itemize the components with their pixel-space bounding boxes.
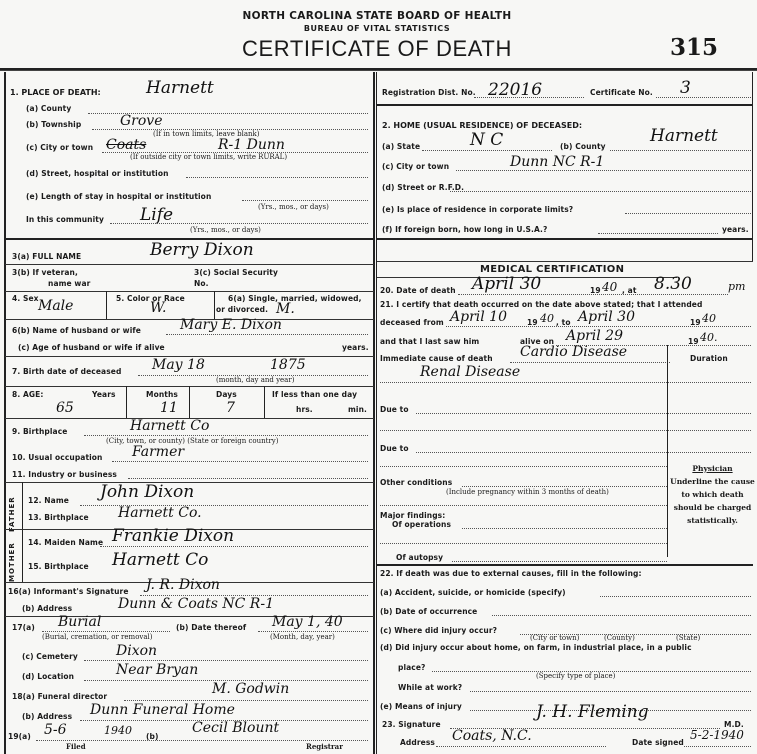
community-note: (Yrs., mos., or days) — [190, 226, 261, 234]
industry-field[interactable] — [128, 478, 368, 479]
stay-note: (Yrs., mos., or days) — [258, 203, 329, 211]
occupation-label: 10. Usual occupation — [12, 453, 103, 462]
last-saw-date: April 29 — [566, 328, 623, 344]
age-months-value: 11 — [160, 400, 178, 416]
death-street-field[interactable] — [186, 177, 368, 178]
community-value: Life — [140, 205, 173, 225]
certificate-number-field[interactable] — [656, 97, 751, 98]
injury-county-note: (County) — [604, 634, 635, 642]
location-value: Near Bryan — [116, 662, 198, 678]
residence-city-value: Dunn NC R-1 — [510, 154, 604, 170]
row-divider — [5, 291, 374, 292]
ssn-label: 3(c) Social Security — [194, 268, 278, 277]
informant-signature-value: J. R. Dixon — [146, 577, 220, 593]
header-divider — [0, 68, 757, 71]
residence-city-label: (c) City or town — [382, 162, 449, 171]
duration-column-divider — [667, 345, 668, 557]
physician-note-text: Underline the cause to which death shoul… — [670, 475, 755, 527]
ssn-label-2: No. — [194, 279, 209, 288]
filed-year: 1940 — [104, 724, 132, 737]
cell-divider — [214, 291, 215, 319]
death-date-label: 20. Date of death — [380, 286, 456, 295]
death-city-label: (c) City or town — [26, 143, 93, 152]
industry-label: 11. Industry or business — [12, 470, 117, 479]
informant-signature-label: 16(a) Informant's Signature — [8, 587, 129, 596]
death-date-value: April 30 — [472, 274, 541, 294]
spouse-age-suffix: years. — [342, 343, 369, 352]
mother-birthplace-value: Harnett Co — [112, 550, 208, 570]
autopsy-field[interactable] — [452, 561, 667, 562]
father-name-label: 12. Name — [28, 496, 69, 505]
father-name-value: John Dixon — [100, 482, 194, 502]
attended-from-label: deceased from — [380, 318, 444, 327]
registrar-note: Registrar — [306, 742, 343, 751]
cemetery-field[interactable] — [84, 660, 368, 661]
immediate-cause-value: Cardio Disease — [520, 344, 627, 360]
registration-divider — [377, 104, 753, 106]
burial-method-field[interactable] — [42, 631, 170, 632]
while-at-work-field[interactable] — [470, 691, 751, 692]
autopsy-label: Of autopsy — [396, 553, 443, 562]
minutes-label: min. — [348, 405, 367, 414]
due-to-field-2[interactable] — [416, 452, 751, 453]
full-name-value: Berry Dixon — [150, 240, 254, 260]
date-signed-value: 5-2-1940 — [690, 728, 744, 742]
death-time-ampm: pm — [728, 280, 745, 293]
community-field[interactable] — [110, 223, 368, 224]
medical-top-rule — [377, 261, 753, 262]
injury-location-label: (c) Where did injury occur? — [380, 626, 497, 635]
informant-address-value: Dunn & Coats NC R-1 — [118, 596, 274, 612]
death-certificate: NORTH CAROLINA STATE BOARD OF HEALTH BUR… — [0, 0, 757, 754]
attended-to-value: April 30 — [578, 309, 635, 325]
foreign-born-label: (f) If foreign born, how long in U.S.A.? — [382, 225, 547, 234]
death-street-label: (d) Street, hospital or institution — [26, 169, 169, 178]
hours-label: hrs. — [296, 405, 313, 414]
due-to-field-1[interactable] — [416, 413, 751, 414]
death-township-value: Grove — [120, 113, 163, 129]
mother-birthplace-label: 15. Birthplace — [28, 562, 89, 571]
due-to-line-2b[interactable] — [380, 466, 667, 467]
cell-divider — [264, 386, 265, 418]
residence-state-field[interactable] — [422, 150, 552, 151]
birth-date-value: May 18 — [152, 357, 205, 373]
sex-value: Male — [38, 298, 73, 314]
marital-value: M. — [276, 301, 295, 317]
full-name-label: 3(a) FULL NAME — [12, 252, 81, 261]
father-birthplace-value: Harnett Co. — [118, 505, 202, 521]
cemetery-value: Dixon — [116, 643, 157, 659]
registration-district-label: Registration Dist. No. — [382, 88, 476, 97]
race-value: W. — [150, 300, 166, 316]
due-to-line-1b[interactable] — [380, 430, 751, 431]
registrar-value: Cecil Blount — [192, 720, 279, 736]
less-than-day-label: If less than one day — [272, 390, 357, 399]
residence-county-label: (b) County — [560, 142, 606, 151]
means-of-injury-label: (e) Means of injury — [380, 702, 462, 711]
informant-address-label: (b) Address — [22, 604, 72, 613]
major-findings-label: Major findings: — [380, 511, 445, 520]
injury-place-label-2: place? — [398, 663, 425, 672]
immediate-cause-field[interactable] — [510, 362, 670, 363]
filed-note: Filed — [66, 742, 86, 751]
death-county-label: (a) County — [26, 104, 71, 113]
birth-year-value: 1875 — [270, 357, 306, 373]
burial-date-field[interactable] — [258, 631, 368, 632]
certificate-number-label: Certificate No. — [590, 88, 653, 97]
veteran-label-2: name war — [48, 279, 90, 288]
residence-city-field[interactable] — [456, 170, 751, 171]
community-label: In this community — [26, 215, 104, 224]
physician-note: Physician Underline the cause to which d… — [670, 462, 755, 527]
burial-method-label: 17(a) — [12, 623, 35, 632]
corporate-limits-label: (e) Is place of residence in corporate l… — [382, 205, 573, 214]
birth-date-note: (month, day and year) — [216, 376, 294, 384]
board-heading: NORTH CAROLINA STATE BOARD OF HEALTH — [212, 10, 542, 22]
physician-address-label: Address — [400, 738, 435, 747]
center-divider-inner — [376, 72, 377, 754]
date-signed-field[interactable] — [684, 746, 751, 747]
duration-label: Duration — [690, 354, 728, 363]
occurrence-date-label: (b) Date of occurrence — [380, 607, 477, 616]
operations-label: Of operations — [392, 520, 451, 529]
burial-date-note: (Month, day, year) — [270, 633, 335, 641]
residence-county-value: Harnett — [650, 126, 718, 146]
birthplace-value: Harnett Co — [130, 418, 209, 434]
immediate-cause-value-2: Renal Disease — [420, 364, 520, 380]
injury-place-note: (Specify type of place) — [536, 672, 615, 680]
residence-heading: 2. HOME (USUAL RESIDENCE) OF DECEASED: — [382, 121, 582, 130]
age-years-value: 65 — [56, 400, 74, 416]
occurrence-date-field[interactable] — [492, 615, 751, 616]
attended-field[interactable] — [446, 326, 751, 327]
city-note: (If outside city or town limits, write R… — [130, 153, 287, 161]
certificate-number-value: 3 — [680, 78, 691, 98]
birth-date-label: 7. Birth date of deceased — [12, 367, 121, 376]
filed-value: 5-6 — [44, 722, 67, 738]
death-time-value: 8.30 — [654, 274, 692, 294]
age-label: 8. AGE: — [12, 390, 43, 399]
death-date-field[interactable] — [458, 294, 728, 295]
while-at-work-label: While at work? — [398, 683, 462, 692]
mother-maiden-value: Frankie Dixon — [112, 526, 234, 546]
age-years-label: Years — [92, 390, 116, 399]
death-city-value: R-1 Dunn — [218, 137, 285, 153]
registration-district-field[interactable] — [474, 97, 584, 98]
mother-tag: MOTHER — [8, 536, 16, 582]
operations-field[interactable] — [462, 528, 667, 529]
row-divider — [5, 264, 374, 265]
burial-method-value: Burial — [58, 614, 101, 630]
funeral-director-value: M. Godwin — [212, 681, 289, 697]
last-saw-label: and that I last saw him — [380, 337, 479, 346]
due-to-label-2: Due to — [380, 444, 409, 453]
cell-divider — [106, 291, 107, 319]
spouse-value: Mary E. Dixon — [180, 317, 282, 333]
residence-street-field[interactable] — [450, 191, 751, 192]
injury-state-note: (State) — [676, 634, 700, 642]
residence-state-value: N C — [470, 130, 503, 150]
foreign-born-field[interactable] — [598, 233, 718, 234]
birthplace-label: 9. Birthplace — [12, 427, 67, 436]
injury-city-note: (City or town) — [530, 634, 579, 642]
cell-divider — [126, 386, 127, 418]
page-title: CERTIFICATE OF DEATH — [212, 36, 542, 62]
marital-label-2: or divorced. — [216, 305, 268, 314]
death-city-struck-value: Coats — [106, 137, 146, 153]
other-conditions-label: Other conditions — [380, 478, 452, 487]
date-signed-label: Date signed — [632, 738, 684, 747]
burial-date-value: May 1, 40 — [272, 614, 343, 630]
father-tag: FATHER — [8, 486, 16, 532]
center-divider — [373, 72, 375, 754]
accident-field[interactable] — [600, 596, 751, 597]
sex-label: 4. Sex — [12, 294, 39, 303]
stay-length-field[interactable] — [242, 200, 368, 201]
death-year-value: 40 — [602, 280, 617, 294]
spouse-age-label: (c) Age of husband or wife if alive — [18, 343, 165, 352]
parent-tag-divider — [22, 482, 23, 582]
spouse-label: 6(b) Name of husband or wife — [12, 326, 141, 335]
age-days-value: 7 — [226, 400, 235, 416]
physician-signature-value: J. H. Fleming — [536, 702, 649, 722]
funeral-director-label: 18(a) Funeral director — [12, 692, 107, 701]
burial-method-note: (Burial, cremation, or removal) — [42, 633, 153, 641]
spouse-field[interactable] — [166, 334, 368, 335]
funeral-director-field[interactable] — [124, 700, 368, 701]
funeral-address-value: Dunn Funeral Home — [90, 702, 235, 718]
immediate-cause-label: Immediate cause of death — [380, 354, 493, 363]
residence-divider — [377, 238, 753, 240]
physician-signature-label: 23. Signature — [382, 720, 441, 729]
injury-place-label: (d) Did injury occur about home, on farm… — [380, 643, 692, 652]
age-months-label: Months — [146, 390, 178, 399]
mother-maiden-label: 14. Maiden Name — [28, 538, 103, 547]
funeral-address-label: (b) Address — [22, 712, 72, 721]
veteran-label: 3(b) If veteran, — [12, 268, 78, 277]
occupation-value: Farmer — [132, 444, 184, 460]
right-border — [752, 72, 753, 262]
last-saw-year: 40. — [700, 331, 718, 344]
physician-address-field[interactable] — [436, 746, 606, 747]
external-causes-heading: 22. If death was due to external causes,… — [380, 569, 642, 578]
father-birthplace-label: 13. Birthplace — [28, 513, 89, 522]
attended-from-year: 40 — [540, 312, 554, 325]
cell-divider — [189, 386, 190, 418]
external-causes-rule — [377, 564, 753, 566]
death-county-value: Harnett — [146, 78, 214, 98]
due-to-label-1: Due to — [380, 405, 409, 414]
occupation-field[interactable] — [112, 461, 368, 462]
filed-label: 19(a) — [8, 732, 31, 741]
attended-to-year: 40 — [702, 312, 716, 325]
cause-line-2[interactable] — [380, 382, 751, 383]
certify-statement: 21. I certify that death occurred on the… — [380, 300, 702, 309]
other-conditions-note: (Include pregnancy within 3 months of de… — [446, 488, 609, 496]
certificate-serial-number: 315 — [670, 34, 718, 61]
birthplace-field[interactable] — [84, 435, 368, 436]
place-of-death-heading: 1. PLACE OF DEATH: — [10, 88, 101, 97]
burial-date-label: (b) Date thereof — [176, 623, 246, 632]
bureau-heading: BUREAU OF VITAL STATISTICS — [212, 24, 542, 33]
location-label: (d) Location — [22, 672, 74, 681]
attended-from-value: April 10 — [450, 309, 507, 325]
stay-length-label: (e) Length of stay in hospital or instit… — [26, 192, 211, 201]
mother-maiden-field[interactable] — [100, 546, 368, 547]
age-days-label: Days — [216, 390, 237, 399]
accident-label: (a) Accident, suicide, or homicide (spec… — [380, 588, 566, 597]
physician-address-value: Coats, N.C. — [452, 728, 532, 744]
cemetery-label: (c) Cemetery — [22, 652, 78, 661]
foreign-born-suffix: years. — [722, 225, 749, 234]
death-township-label: (b) Township — [26, 120, 81, 129]
findings-line[interactable] — [380, 505, 667, 506]
left-border — [4, 72, 6, 754]
other-conditions-field[interactable] — [462, 486, 667, 487]
filed-field[interactable] — [36, 740, 368, 741]
physician-note-title: Physician — [670, 462, 755, 475]
operations-line-2[interactable] — [380, 543, 667, 544]
residence-county-field[interactable] — [610, 150, 751, 151]
corporate-limits-field[interactable] — [625, 213, 751, 214]
residence-state-label: (a) State — [382, 142, 420, 151]
